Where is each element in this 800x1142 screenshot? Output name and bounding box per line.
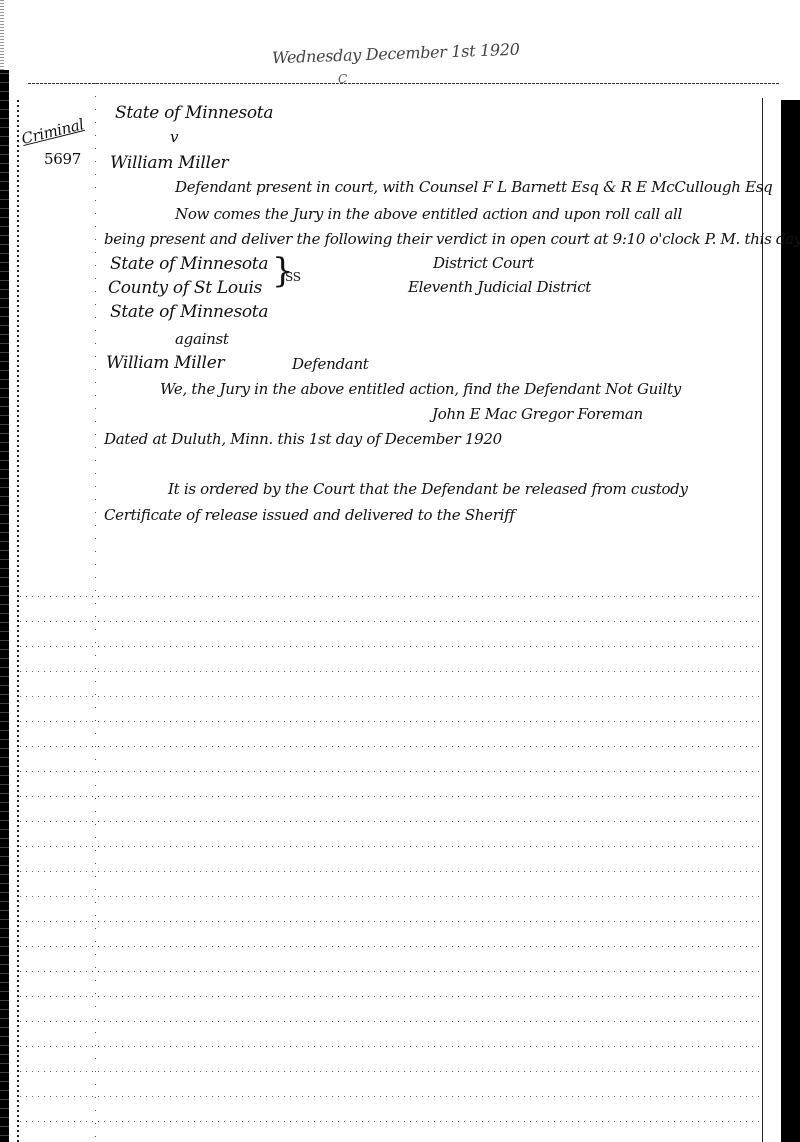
ruled-line: [20, 721, 762, 722]
right-margin-line: [762, 98, 763, 1142]
ruled-line: [20, 671, 762, 672]
verdict-against: against: [175, 330, 229, 348]
caption-versus: v: [170, 128, 178, 146]
ruled-line: [20, 996, 762, 997]
entry-counsel: Defendant present in court, with Counsel…: [175, 178, 772, 196]
verdict-defendant: William Miller: [106, 353, 224, 373]
verdict-dated: Dated at Duluth, Minn. this 1st day of D…: [104, 430, 502, 448]
scan-edge-right: [781, 0, 800, 1142]
ledger-page: Wednesday December 1st 1920 C Criminal 5…: [0, 0, 800, 1142]
foreman-signature: John E Mac Gregor Foreman: [432, 405, 643, 423]
scan-edge-right-top-gap: [781, 0, 800, 100]
caption-plaintiff: State of Minnesota: [115, 103, 273, 123]
ruled-line: [20, 846, 762, 847]
header-rule: [28, 83, 780, 84]
page-date-header: Wednesday December 1st 1920: [272, 40, 520, 68]
ruled-line: [20, 1096, 762, 1097]
court-name: District Court: [433, 254, 534, 272]
ruled-line: [20, 896, 762, 897]
order-certificate: Certificate of release issued and delive…: [104, 506, 515, 524]
header-mark: C: [338, 72, 347, 86]
ruled-line: [20, 1071, 762, 1072]
court-district: Eleventh Judicial District: [408, 278, 591, 296]
ruled-line: [20, 1046, 762, 1047]
verdict-defendant-role: Defendant: [292, 355, 369, 373]
entry-jury-comes: Now comes the Jury in the above entitled…: [175, 205, 682, 223]
ruled-line: [20, 871, 762, 872]
ruled-line: [20, 646, 762, 647]
ruled-line: [20, 796, 762, 797]
verdict-plaintiff: State of Minnesota: [110, 302, 268, 322]
order-release: It is ordered by the Court that the Defe…: [168, 480, 688, 498]
left-margin-line: [95, 83, 96, 1142]
venue-county: County of St Louis: [108, 278, 262, 298]
venue-state: State of Minnesota: [110, 254, 268, 274]
scan-edge-left-dots: [17, 100, 19, 1142]
ruled-line: [20, 1021, 762, 1022]
ruled-line: [20, 821, 762, 822]
ruled-line: [20, 746, 762, 747]
venue-ss: SS: [285, 270, 301, 284]
ruled-line: [20, 696, 762, 697]
case-type-label: Criminal: [20, 115, 86, 148]
ruled-line: [20, 921, 762, 922]
ruled-line: [20, 971, 762, 972]
ruled-line: [20, 1121, 762, 1122]
ruled-line: [20, 621, 762, 622]
ruled-line: [20, 946, 762, 947]
ruled-line: [20, 596, 762, 597]
verdict-finding: We, the Jury in the above entitled actio…: [160, 380, 681, 398]
entry-verdict-delivered: being present and deliver the following …: [104, 230, 800, 248]
case-number: 5697: [44, 150, 81, 168]
ruled-line: [20, 771, 762, 772]
caption-defendant: William Miller: [110, 153, 228, 173]
binding-edge-left: [0, 70, 9, 1142]
scan-edge-left-top: [0, 0, 4, 70]
